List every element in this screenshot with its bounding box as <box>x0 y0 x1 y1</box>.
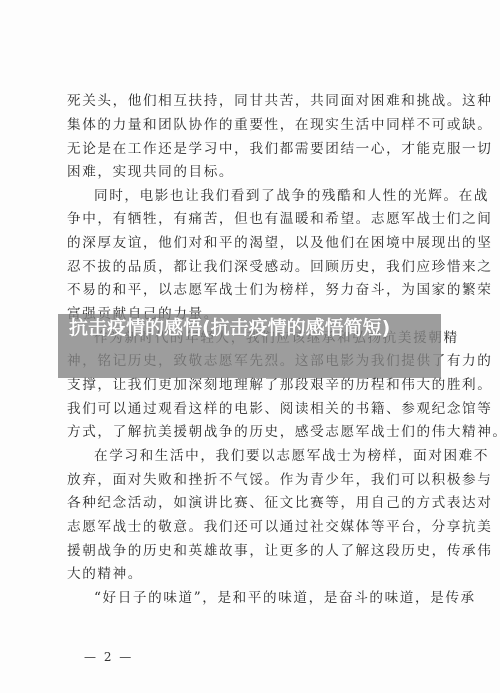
text-line: 死关头，他们相互扶持，同甘共苦，共同面对困难和挑战。这种 <box>67 93 437 109</box>
text-line: 在学习和生活中，我们要以志愿军战士为榜样，面对困难不 <box>94 448 464 464</box>
text-line: 放弃，面对失败和挫折不气馁。作为青少年，我们可以积极参与 <box>67 472 437 488</box>
text-line: 各种纪念活动，如演讲比赛、征文比赛等，用自己的方式表达对 <box>67 495 437 511</box>
page-number: — 2 — <box>84 650 133 664</box>
text-line: 同时，电影也让我们看到了战争的残酷和人性的光辉。在战 <box>94 188 464 204</box>
overlay-title[interactable]: 抗击疫情的感悟(抗击疫情的感悟简短) <box>69 316 429 340</box>
text-line: 争中，有牺牲，有痛苦，但也有温暖和希望。志愿军战士们之间 <box>67 211 437 227</box>
text-line: 无论是在工作还是学习中，我们都需要团结一心，才能克服一切 <box>67 141 437 157</box>
text-line: 我们可以通过观看这样的电影、阅读相关的书籍、参观纪念馆等 <box>67 401 437 417</box>
text-line: “好日子的味道”，是和平的味道，是奋斗的味道，是传承 <box>94 590 464 606</box>
text-line: 忍不拔的品质，都让我们深受感动。回顾历史，我们应珍惜来之 <box>67 259 437 275</box>
text-line: 方式，了解抗美援朝战争的历史，感受志愿军战士们的伟大精神。 <box>67 424 437 440</box>
text-line: 集体的力量和团队协作的重要性，在现实生活中同样不可或缺。 <box>67 117 437 133</box>
text-line: 的深厚友谊，他们对和平的渴望，以及他们在困境中展现出的坚 <box>67 235 437 251</box>
text-line: 大的精神。 <box>67 566 437 582</box>
text-line: 困难，实现共同的目标。 <box>67 164 437 180</box>
text-line: 志愿军战士的敬意。我们还可以通过社交媒体等平台，分享抗美 <box>67 519 437 535</box>
text-line: 援朝战争的历史和英雄故事，让更多的人了解这段历史，传承伟 <box>67 543 437 559</box>
text-line: 支撑，让我们更加深刻地理解了那段艰辛的历程和伟大的胜利。 <box>67 377 437 393</box>
text-line: 不易的和平，以志愿军战士们为榜样，努力奋斗，为国家的繁荣 <box>67 282 437 298</box>
